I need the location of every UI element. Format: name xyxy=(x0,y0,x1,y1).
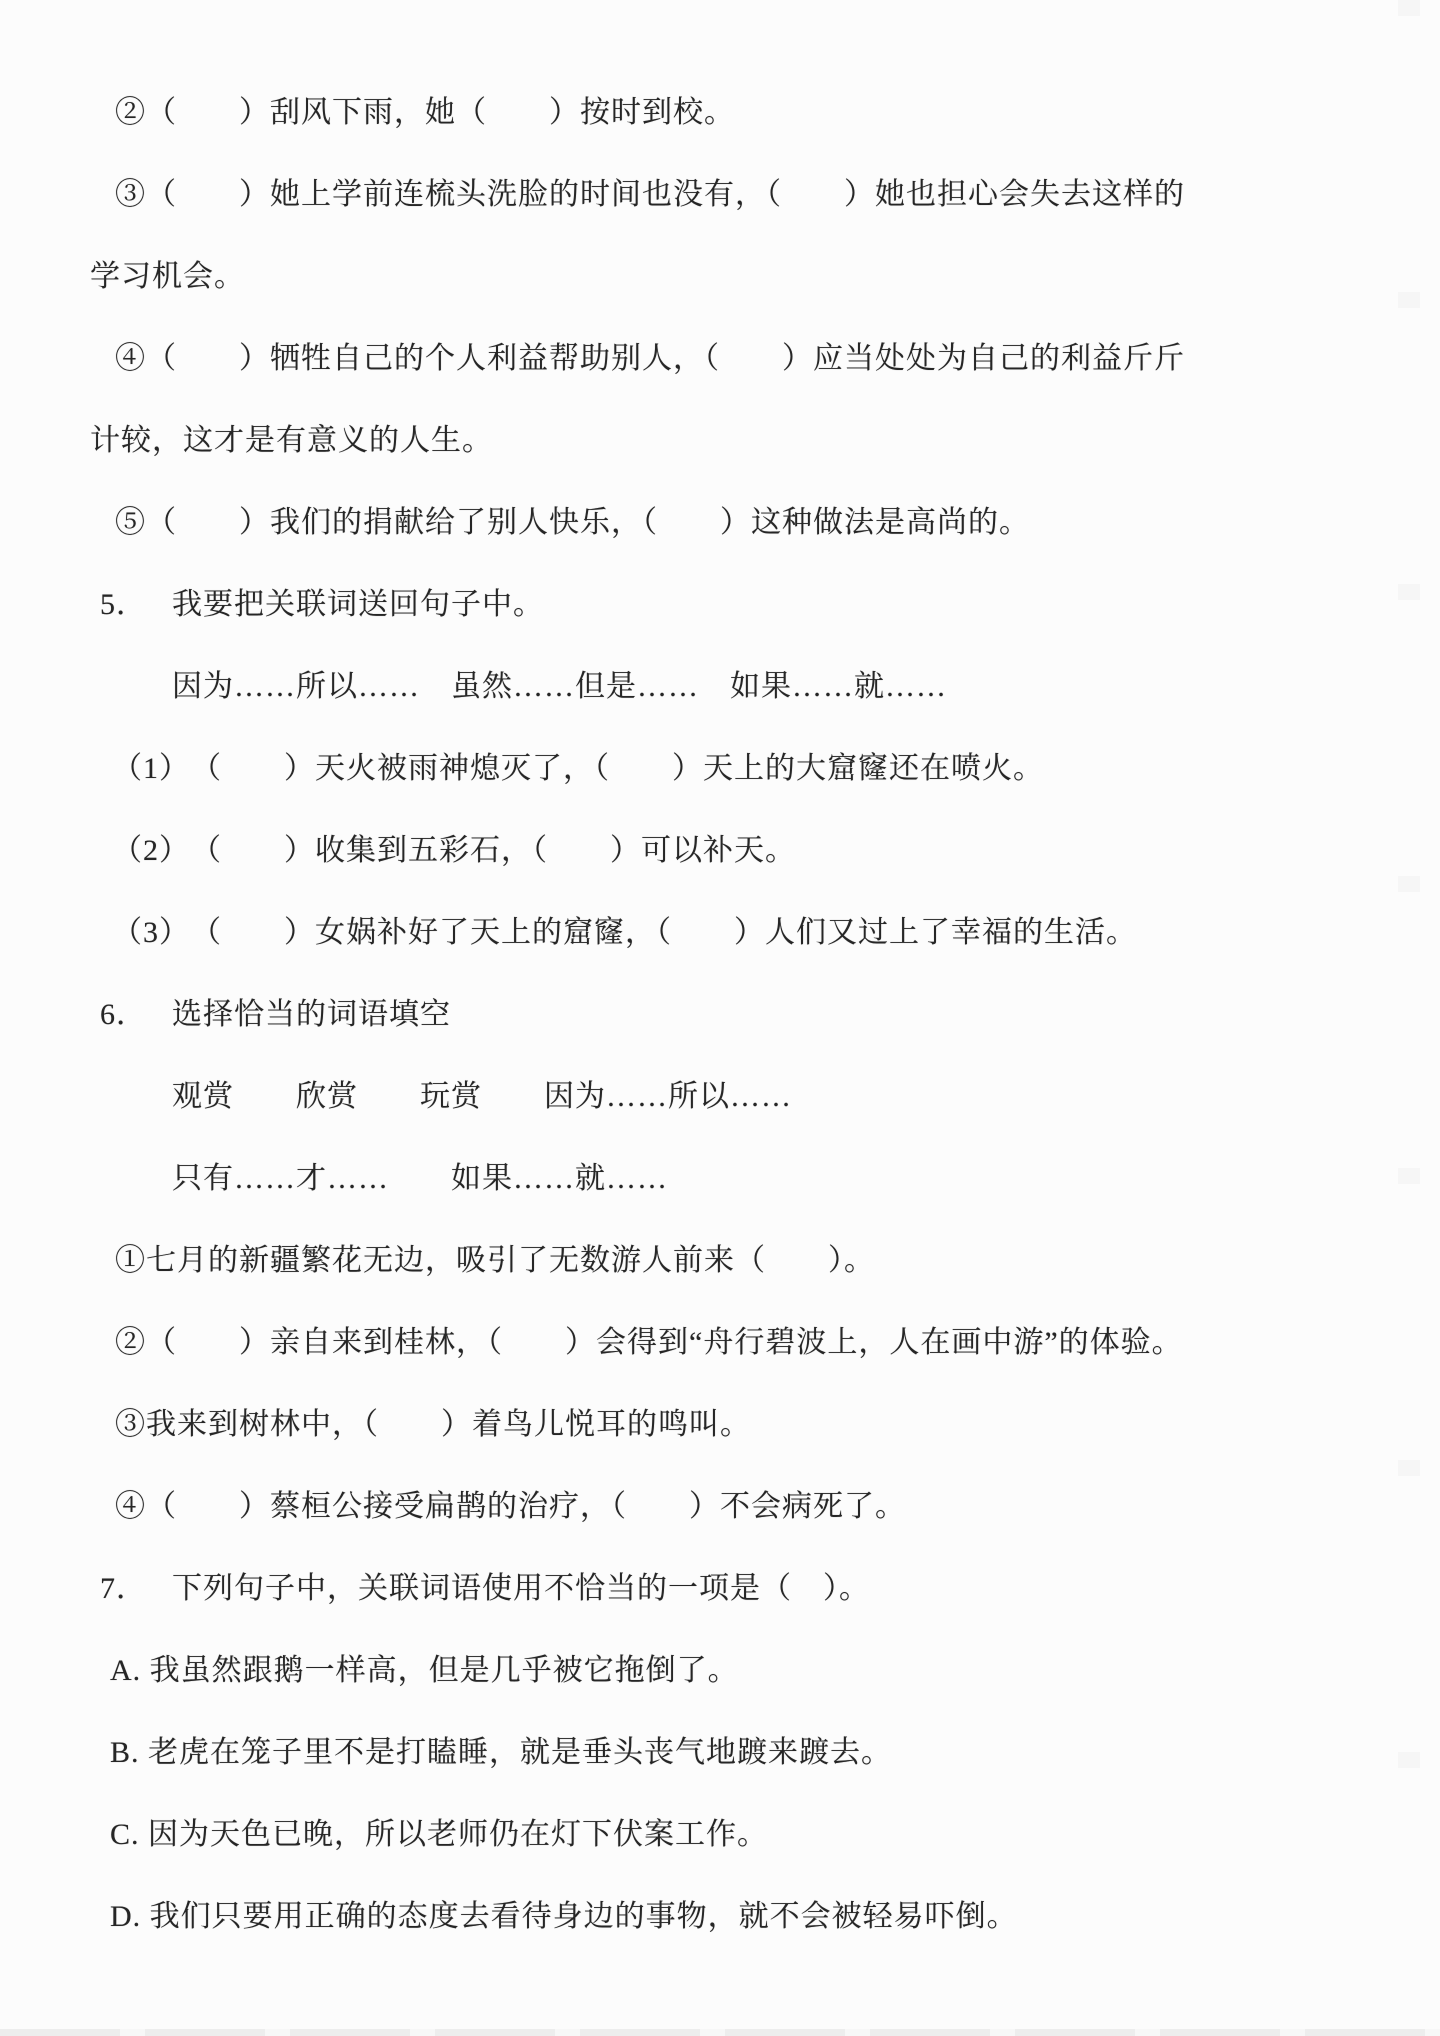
question-number: 6． xyxy=(100,974,172,1056)
text-line: ⑤（ ）我们的捐献给了别人快乐，（ ）这种做法是高尚的。 xyxy=(0,482,1440,564)
text-line: ④（ ）牺牲自己的个人利益帮助别人，（ ）应当处处为自己的利益斤斤 xyxy=(0,318,1440,400)
text-line: 7．下列句子中，关联词语使用不恰当的一项是（ ）。 xyxy=(0,1548,1440,1630)
question-text: 我要把关联词送回句子中。 xyxy=(172,588,544,621)
text-line: ③我来到树林中，（ ）着鸟儿悦耳的鸣叫。 xyxy=(0,1384,1440,1466)
text-line: 观赏 欣赏 玩赏 因为……所以…… xyxy=(0,1056,1440,1138)
text-line: （3） （ ）女娲补好了天上的窟窿，（ ）人们又过上了幸福的生活。 xyxy=(0,892,1440,974)
question-text: 选择恰当的词语填空 xyxy=(172,998,451,1031)
question-text: 下列句子中，关联词语使用不恰当的一项是（ ）。 xyxy=(172,1572,870,1605)
scan-artifact-right xyxy=(1398,0,1420,2036)
text-line: B. 老虎在笼子里不是打瞌睡，就是垂头丧气地踱来踱去。 xyxy=(0,1712,1440,1794)
text-line: A. 我虽然跟鹅一样高，但是几乎被它拖倒了。 xyxy=(0,1630,1440,1712)
question-number: 5． xyxy=(100,564,172,646)
text-line: 6．选择恰当的词语填空 xyxy=(0,974,1440,1056)
text-line: ③（ ）她上学前连梳头洗脸的时间也没有，（ ）她也担心会失去这样的 xyxy=(0,154,1440,236)
text-line: 因为……所以…… 虽然……但是…… 如果……就…… xyxy=(0,646,1440,728)
text-line: （2） （ ）收集到五彩石，（ ）可以补天。 xyxy=(0,810,1440,892)
worksheet-page: ②（ ）刮风下雨，她（ ）按时到校。③（ ）她上学前连梳头洗脸的时间也没有，（ … xyxy=(0,0,1440,2036)
question-number: 7． xyxy=(100,1548,172,1630)
text-line: （1） （ ）天火被雨神熄灭了，（ ）天上的大窟窿还在喷火。 xyxy=(0,728,1440,810)
worksheet-lines: ②（ ）刮风下雨，她（ ）按时到校。③（ ）她上学前连梳头洗脸的时间也没有，（ … xyxy=(0,72,1440,1958)
text-line: 5．我要把关联词送回句子中。 xyxy=(0,564,1440,646)
text-line: D. 我们只要用正确的态度去看待身边的事物，就不会被轻易吓倒。 xyxy=(0,1876,1440,1958)
text-line: ②（ ）亲自来到桂林，（ ）会得到“舟行碧波上，人在画中游”的体验。 xyxy=(0,1302,1440,1384)
text-line: C. 因为天色已晚，所以老师仍在灯下伏案工作。 xyxy=(0,1794,1440,1876)
text-line: ④（ ）蔡桓公接受扁鹊的治疗，（ ）不会病死了。 xyxy=(0,1466,1440,1548)
text-line: 只有……才…… 如果……就…… xyxy=(0,1138,1440,1220)
scan-artifact-bottom xyxy=(0,2029,1440,2036)
text-line: 计较，这才是有意义的人生。 xyxy=(0,400,1440,482)
text-line: ②（ ）刮风下雨，她（ ）按时到校。 xyxy=(0,72,1440,154)
text-line: 学习机会。 xyxy=(0,236,1440,318)
text-line: ①七月的新疆繁花无边，吸引了无数游人前来（ ）。 xyxy=(0,1220,1440,1302)
